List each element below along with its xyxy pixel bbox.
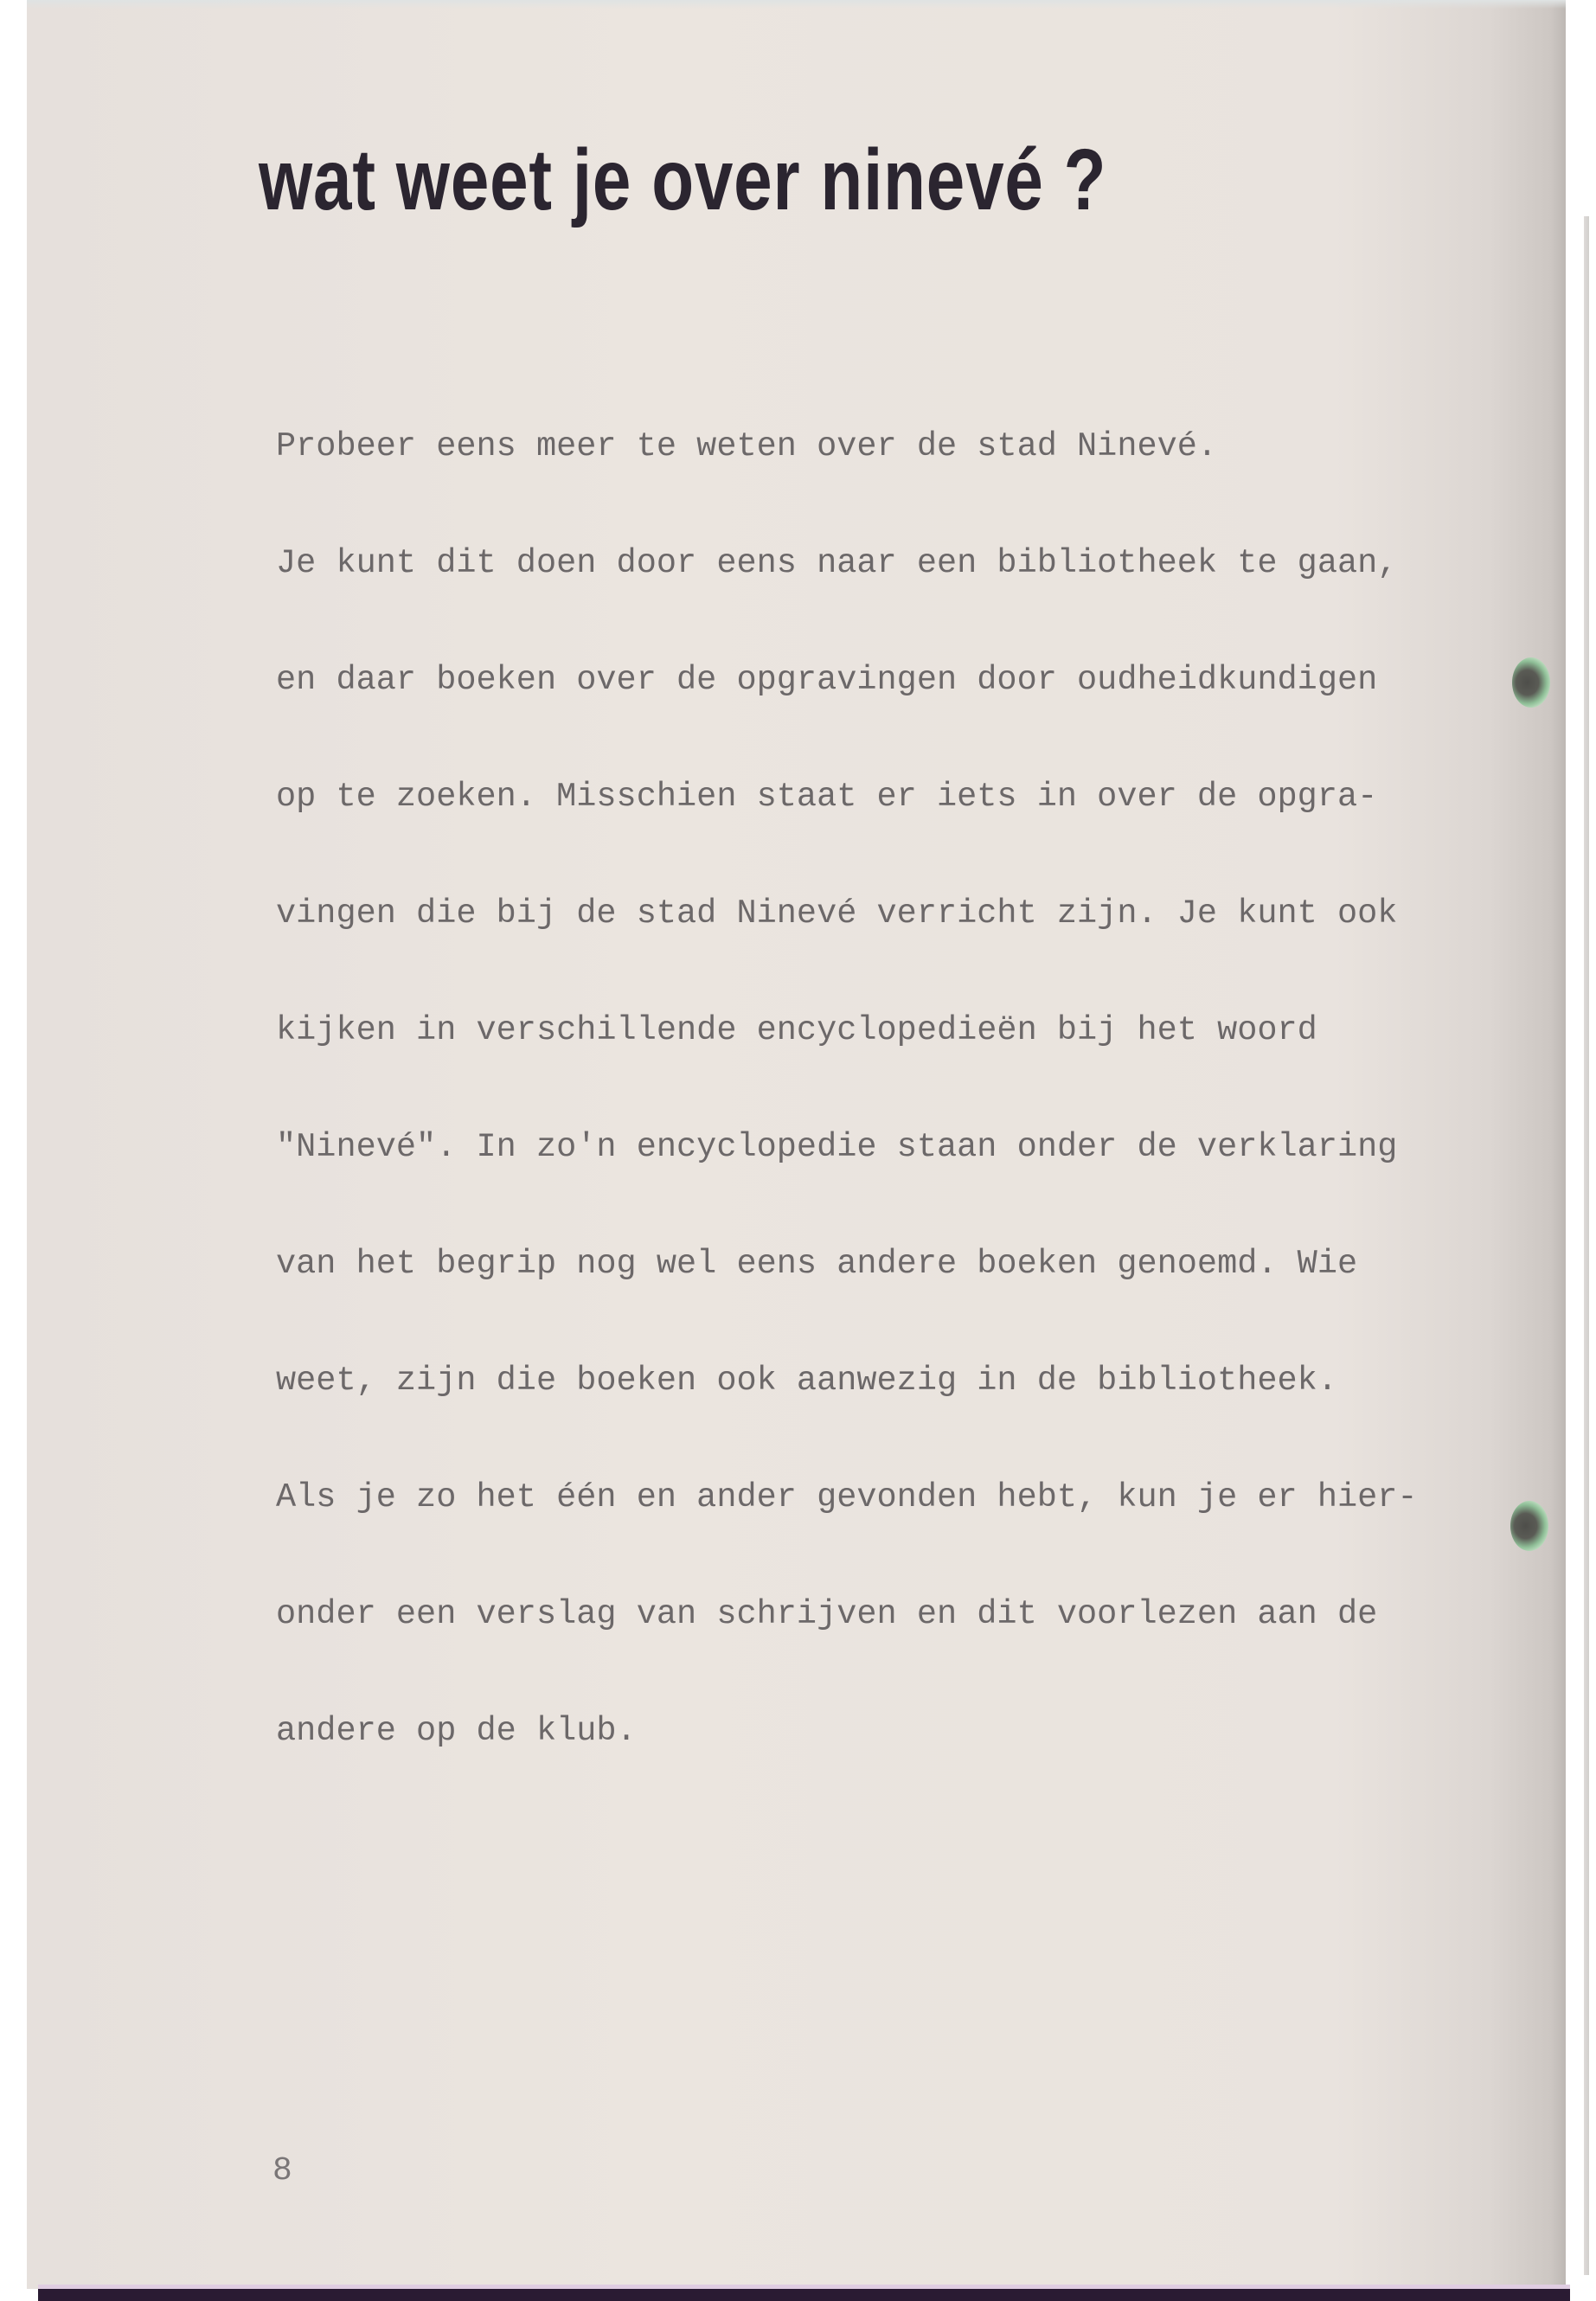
body-line: vingen die bij de stad Ninevé verricht … [276, 894, 1418, 933]
body-line: Je kunt dit doen door eens naar een bibl… [276, 544, 1418, 583]
body-line: andere op de klub. [276, 1712, 1418, 1751]
body-line: Als je zo het één en ander gevonden hebt… [276, 1478, 1418, 1517]
page-title: wat weet je over ninevé ? [259, 128, 1106, 232]
binding-band [38, 2289, 1570, 2301]
body-line: op te zoeken. Misschien staat er iets in… [276, 778, 1418, 817]
body-line: kijken in verschillende encyclopedieën b… [276, 1011, 1418, 1050]
body-paragraph: Probeer eens meer te weten over de stad … [276, 349, 1418, 1829]
document-page: wat weet je over ninevé ? Probeer eens m… [27, 0, 1566, 2289]
page-number: 8 [272, 2154, 292, 2189]
body-line: onder een verslag van schrijven en dit v… [276, 1595, 1418, 1634]
body-line: Probeer eens meer te weten over de stad … [276, 427, 1418, 466]
punch-hole-icon [1510, 1501, 1548, 1551]
page-edge-shadow [1584, 216, 1589, 2275]
punch-hole-icon [1512, 657, 1550, 708]
body-line: van het begrip nog wel eens andere boeke… [276, 1245, 1418, 1284]
body-line: weet, zijn die boeken ook aanwezig in de… [276, 1362, 1418, 1400]
body-line: "Ninevé". In zo'n encyclopedie staan on… [276, 1128, 1418, 1167]
body-line: en daar boeken over de opgravingen door … [276, 661, 1418, 700]
